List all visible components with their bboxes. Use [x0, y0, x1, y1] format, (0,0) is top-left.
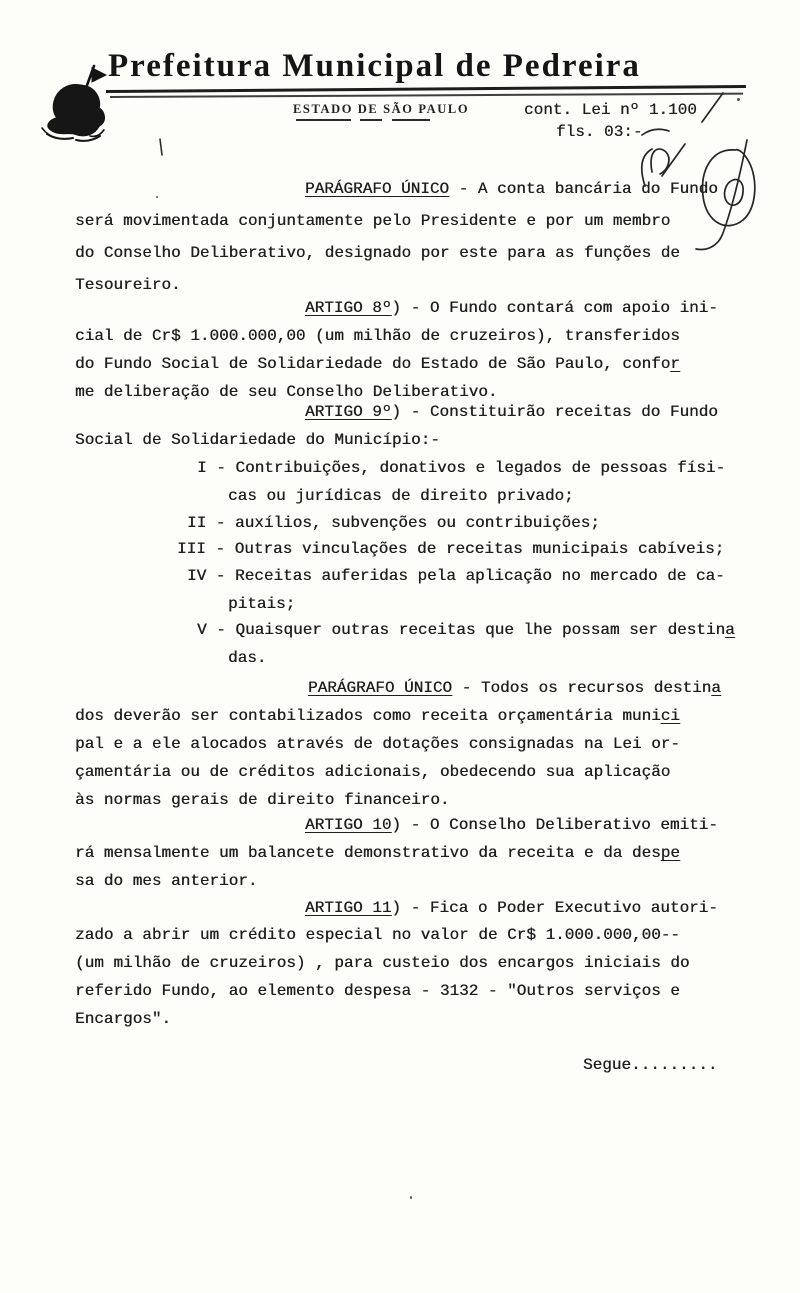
document-line: cial de Cr$ 1.000.000,00 (um milhão de c…: [75, 328, 680, 346]
document-line: Tesoureiro.: [75, 277, 181, 295]
underlined-text: r: [670, 355, 680, 373]
underlined-text: a: [725, 621, 735, 639]
underlined-text: ci: [661, 707, 680, 725]
underlined-text: ARTIGO 9º: [305, 403, 391, 421]
coat-of-arms-icon: [34, 58, 118, 154]
document-line: cas ou jurídicas de direito privado;: [228, 488, 574, 506]
line-text: ) - O Conselho Deliberativo emiti-: [391, 816, 717, 834]
document-line: ARTIGO 11) - Fica o Poder Executivo auto…: [305, 900, 718, 918]
line-text: será movimentada conjuntamente pelo Pres…: [75, 212, 670, 230]
document-line: das.: [228, 650, 266, 668]
document-line: do Conselho Deliberativo, designado por …: [75, 245, 680, 263]
line-text: referido Fundo, ao elemento despesa - 31…: [75, 982, 680, 1000]
underlined-text: PARÁGRAFO ÚNICO: [308, 679, 452, 697]
document-line: sa do mes anterior.: [75, 873, 257, 891]
underlined-text: a: [711, 679, 721, 697]
line-text: do Conselho Deliberativo, designado por …: [75, 244, 680, 262]
line-text: - Todos os recursos destin: [452, 679, 711, 697]
line-text: V - Quaisquer outras receitas que lhe po…: [197, 621, 725, 639]
document-line: (um milhão de cruzeiros) , para custeio …: [75, 955, 690, 973]
underlined-text: ARTIGO 8º: [305, 299, 391, 317]
line-text: çamentária ou de créditos adicionais, ob…: [75, 763, 670, 781]
scan-speck: [737, 98, 740, 101]
subtitle-underline: [392, 119, 430, 121]
document-line: rá mensalmente um balancete demonstrativ…: [75, 845, 680, 863]
line-text: III - Outras vinculações de receitas mun…: [177, 540, 724, 558]
document-line: pal e a ele alocados através de dotações…: [75, 736, 680, 754]
line-text: pitais;: [228, 595, 295, 613]
line-text: zado a abrir um crédito especial no valo…: [75, 926, 680, 944]
line-text: cial de Cr$ 1.000.000,00 (um milhão de c…: [75, 327, 680, 345]
line-text: das.: [228, 649, 266, 667]
line-text: (um milhão de cruzeiros) , para custeio …: [75, 954, 690, 972]
line-text: ) - O Fundo contará com apoio ini-: [391, 299, 717, 317]
line-text: sa do mes anterior.: [75, 872, 257, 890]
document-line: ARTIGO 8º) - O Fundo contará com apoio i…: [305, 300, 718, 318]
line-text: Tesoureiro.: [75, 276, 181, 294]
underlined-text: ARTIGO 11: [305, 899, 391, 917]
line-text: cas ou jurídicas de direito privado;: [228, 487, 574, 505]
letterhead-title: Prefeitura Municipal de Pedreira: [108, 48, 641, 85]
header-rule-bottom: [110, 93, 743, 98]
scan-speck: [410, 1196, 412, 1199]
line-text: me deliberação de seu Conselho Deliberat…: [75, 383, 497, 401]
document-line: às normas gerais de direito financeiro.: [75, 792, 449, 810]
letterhead-subtitle: ESTADO DE SÃO PAULO: [293, 102, 469, 117]
line-text: às normas gerais de direito financeiro.: [75, 791, 449, 809]
subtitle-underline: [360, 119, 382, 121]
line-text: do Fundo Social de Solidariedade do Esta…: [75, 355, 670, 373]
header-rule-top: [106, 85, 746, 93]
document-line: me deliberação de seu Conselho Deliberat…: [75, 384, 497, 402]
document-line: será movimentada conjuntamente pelo Pres…: [75, 213, 670, 231]
document-line: referido Fundo, ao elemento despesa - 31…: [75, 983, 680, 1001]
line-text: II - auxílios, subvenções ou contribuiçõ…: [187, 514, 600, 532]
line-text: ) - Constituirão receitas do Fundo: [391, 403, 717, 421]
document-line: I - Contribuições, donativos e legados d…: [197, 460, 725, 478]
document-line: III - Outras vinculações de receitas mun…: [177, 541, 724, 559]
document-line: Social de Solidariedade do Município:-: [75, 432, 440, 450]
underlined-text: PARÁGRAFO ÚNICO: [305, 180, 449, 198]
line-text: pal e a ele alocados através de dotações…: [75, 735, 680, 753]
line-text: Encargos".: [75, 1010, 171, 1028]
reference-page-number: fls. 03:-: [556, 123, 642, 141]
line-text: dos deverão ser contabilizados como rece…: [75, 707, 661, 725]
scan-speck: [156, 196, 158, 198]
document-line: V - Quaisquer outras receitas que lhe po…: [197, 622, 735, 640]
document-line: PARÁGRAFO ÚNICO - A conta bancária do Fu…: [305, 181, 718, 199]
subtitle-underline: [296, 119, 351, 121]
document-line: dos deverão ser contabilizados como rece…: [75, 708, 680, 726]
scanned-document-page: { "colors": { "paper": "#fdfdfa", "ink":…: [0, 0, 800, 1293]
document-line: ARTIGO 9º) - Constituirão receitas do Fu…: [305, 404, 718, 422]
pen-tick-annotation: [156, 136, 168, 160]
document-line: Encargos".: [75, 1011, 171, 1029]
line-text: IV - Receitas auferidas pela aplicação n…: [187, 567, 725, 585]
line-text: I - Contribuições, donativos e legados d…: [197, 459, 725, 477]
underlined-text: pe: [661, 844, 680, 862]
line-text: ) - Fica o Poder Executivo autori-: [391, 899, 717, 917]
document-line: zado a abrir um crédito especial no valo…: [75, 927, 680, 945]
line-text: rá mensalmente um balancete demonstrativ…: [75, 844, 661, 862]
document-line: IV - Receitas auferidas pela aplicação n…: [187, 568, 725, 586]
document-line: ARTIGO 10) - O Conselho Deliberativo emi…: [305, 817, 718, 835]
reference-law-number: cont. Lei nº 1.100: [524, 101, 697, 119]
document-line: pitais;: [228, 596, 295, 614]
document-line: PARÁGRAFO ÚNICO - Todos os recursos dest…: [308, 680, 721, 698]
document-line: II - auxílios, subvenções ou contribuiçõ…: [187, 515, 600, 533]
document-line: do Fundo Social de Solidariedade do Esta…: [75, 356, 680, 374]
underlined-text: ARTIGO 10: [305, 816, 391, 834]
continuation-marker: Segue.........: [583, 1056, 717, 1074]
line-text: Social de Solidariedade do Município:-: [75, 431, 440, 449]
document-line: çamentária ou de créditos adicionais, ob…: [75, 764, 670, 782]
line-text: - A conta bancária do Fundo: [449, 180, 718, 198]
